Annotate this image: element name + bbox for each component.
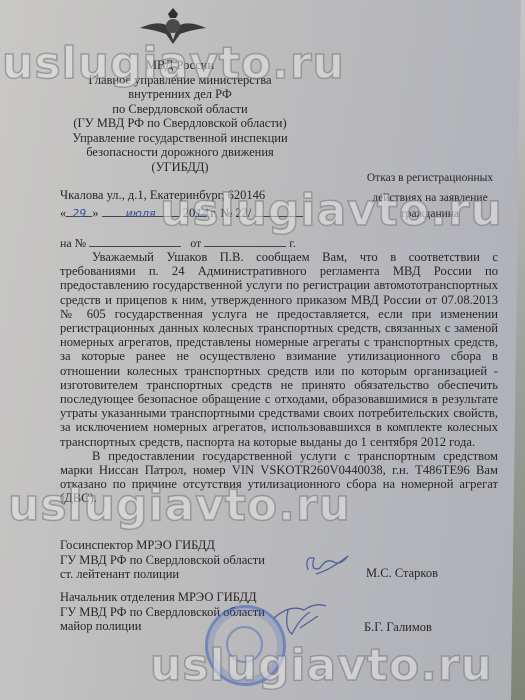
signer-title: Начальник отделения МРЭО ГИБДД bbox=[60, 590, 265, 605]
watermark: uslugiavto.ru bbox=[160, 185, 503, 236]
header-line: (ГУ МВД РФ по Свердловской области) bbox=[50, 116, 310, 131]
letter-body: Уважаемый Ушаков П.В. сообщаем Вам, что … bbox=[60, 250, 498, 506]
reference-line: на № от г. bbox=[60, 236, 296, 251]
letter-page: МВД России Главное управление министерст… bbox=[0, 0, 520, 700]
reference-prefix: на № bbox=[60, 236, 86, 250]
signer-rank: ст. лейтенант полиции bbox=[60, 567, 265, 582]
header-line: по Свердловской области bbox=[50, 102, 310, 117]
subject-line: Отказ в регистрационных bbox=[360, 170, 500, 186]
header-line: внутренних дел РФ bbox=[50, 87, 310, 102]
body-paragraph-1: Уважаемый Ушаков П.В. сообщаем Вам, что … bbox=[60, 250, 498, 449]
header-line: Управление государственной инспекции bbox=[50, 131, 310, 146]
reference-year: г. bbox=[289, 236, 296, 250]
signer-title: Госинспектор МРЭО ГИБДД bbox=[60, 538, 265, 553]
watermark: uslugiavto.ru bbox=[150, 640, 493, 691]
date-month: июля bbox=[126, 207, 156, 220]
watermark: uslugiavto.ru bbox=[2, 38, 345, 89]
signature-scribble-icon bbox=[270, 598, 330, 640]
header-line: безопасности дорожного движения bbox=[50, 145, 310, 160]
reference-from: от bbox=[190, 236, 201, 250]
date-day: 29 bbox=[72, 207, 86, 220]
signer-name-head: Б.Г. Галимов bbox=[364, 620, 432, 635]
watermark: uslugiavto.ru bbox=[8, 480, 351, 531]
signer-name-inspector: М.С. Старков bbox=[366, 566, 438, 581]
signature-scribble-icon bbox=[300, 548, 355, 578]
signer-department: ГУ МВД РФ по Свердловской области bbox=[60, 553, 265, 568]
header-line: (УГИБДД) bbox=[50, 160, 310, 175]
signature-block-inspector: Госинспектор МРЭО ГИБДД ГУ МВД РФ по Све… bbox=[60, 538, 265, 582]
